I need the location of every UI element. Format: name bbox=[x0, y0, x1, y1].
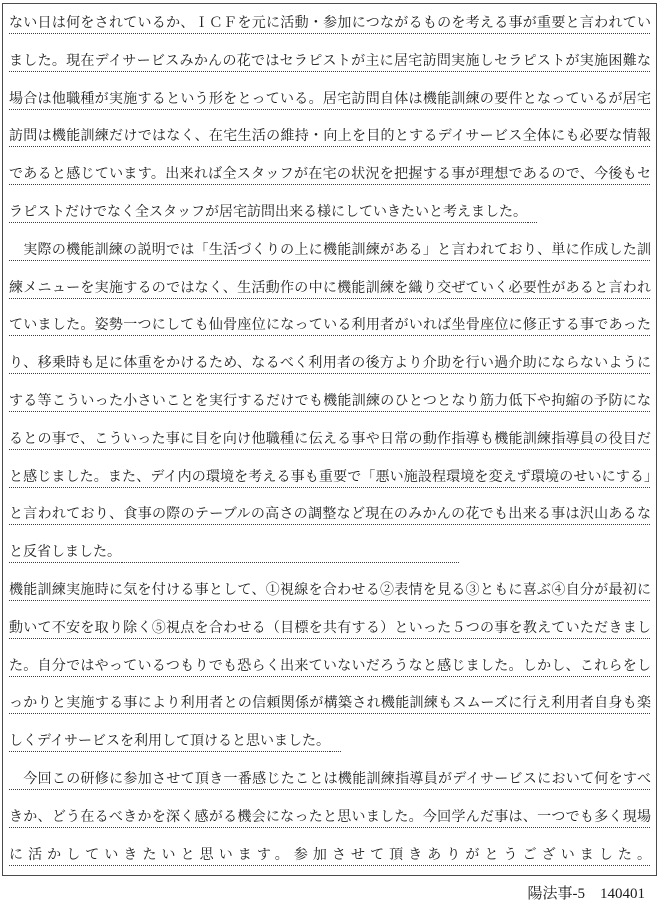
trailing-underline bbox=[330, 740, 341, 752]
paragraph-3: 機能訓練実施時に気を付ける事として、①視線を合わせる②表情を見る③ともに喜ぶ④自… bbox=[9, 572, 651, 761]
trailing-underline bbox=[527, 211, 537, 223]
paragraph-2-text: 実際の機能訓練の説明では「生活づくりの上に機能訓練がある」と言われており、単に作… bbox=[9, 243, 651, 560]
paragraph-2: 実際の機能訓練の説明では「生活づくりの上に機能訓練がある」と言われており、単に作… bbox=[9, 232, 651, 572]
paragraph-3-text: 機能訓練実施時に気を付ける事として、①視線を合わせる②表情を見る③ともに喜ぶ④自… bbox=[9, 583, 651, 749]
document-text-frame: ない日は何をされているか、ＩＣＦを元に活動・参加につながるものを考える事が重要と… bbox=[2, 3, 657, 876]
trailing-underline bbox=[121, 551, 459, 563]
footer-doc-code: 陽法事-5 140401 bbox=[528, 882, 646, 903]
paragraph-1-text: ない日は何をされているか、ＩＣＦを元に活動・参加につながるものを考える事が重要と… bbox=[9, 16, 651, 220]
paragraph-4: 今回この研修に参加させて頂き一番感じたことは機能訓練指導員がデイサービスにおいて… bbox=[9, 761, 651, 876]
paragraph-1: ない日は何をされているか、ＩＣＦを元に活動・参加につながるものを考える事が重要と… bbox=[9, 5, 651, 232]
paragraph-4-text: 今回この研修に参加させて頂き一番感じたことは機能訓練指導員がデイサービスにおいて… bbox=[9, 772, 651, 863]
